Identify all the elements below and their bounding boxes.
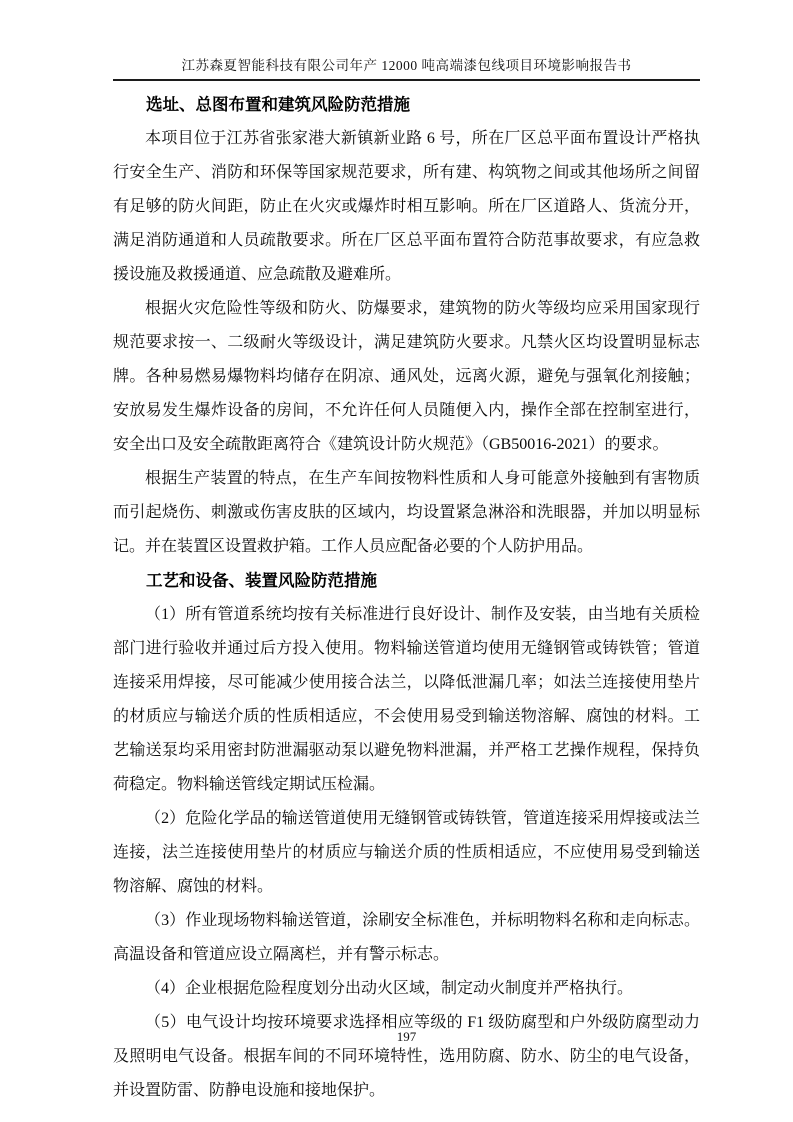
section-heading-siting-layout: 选址、总图布置和建筑风险防范措施 — [113, 88, 700, 122]
paragraph-item-5-electrical: （5）电气设计均按环境要求选择相应等级的 F1 级防腐型和户外级防腐型动力及照明… — [113, 1006, 700, 1108]
paragraph-fire-rating: 根据火灾危险性等级和防火、防爆要求，建筑物的防火等级均应采用国家现行规范要求按一… — [113, 292, 700, 462]
header-title: 江苏森夏智能科技有限公司年产 12000 吨高端漆包线项目环境影响报告书 — [113, 56, 700, 76]
paragraph-item-1-piping: （1）所有管道系统均按有关标准进行良好设计、制作及安装，由当地有关质检部门进行验… — [113, 598, 700, 802]
paragraph-site-layout: 本项目位于江苏省张家港大新镇新业路 6 号，所在厂区总平面布置设计严格执行安全生… — [113, 122, 700, 292]
page-number: 197 — [397, 1029, 417, 1044]
section-heading-process-equipment: 工艺和设备、装置风险防范措施 — [113, 564, 700, 598]
paragraph-item-3-marking: （3）作业现场物料输送管道，涂刷安全标准色，并标明物料名称和走向标志。高温设备和… — [113, 904, 700, 972]
paragraph-item-2-hazchem-piping: （2）危险化学品的输送管道使用无缝钢管或铸铁管，管道连接采用焊接或法兰连接，法兰… — [113, 802, 700, 904]
paragraph-emergency-shower: 根据生产装置的特点，在生产车间按物料性质和人身可能意外接触到有害物质而引起烧伤、… — [113, 462, 700, 564]
document-body: 选址、总图布置和建筑风险防范措施 本项目位于江苏省张家港大新镇新业路 6 号，所… — [113, 88, 700, 1108]
page-footer: 197 — [113, 1028, 700, 1046]
header-divider — [113, 79, 700, 81]
page-header: 江苏森夏智能科技有限公司年产 12000 吨高端漆包线项目环境影响报告书 — [113, 56, 700, 81]
document-page: 江苏森夏智能科技有限公司年产 12000 吨高端漆包线项目环境影响报告书 选址、… — [0, 0, 793, 1122]
paragraph-item-4-hot-work: （4）企业根据危险程度划分出动火区域，制定动火制度并严格执行。 — [113, 972, 700, 1006]
